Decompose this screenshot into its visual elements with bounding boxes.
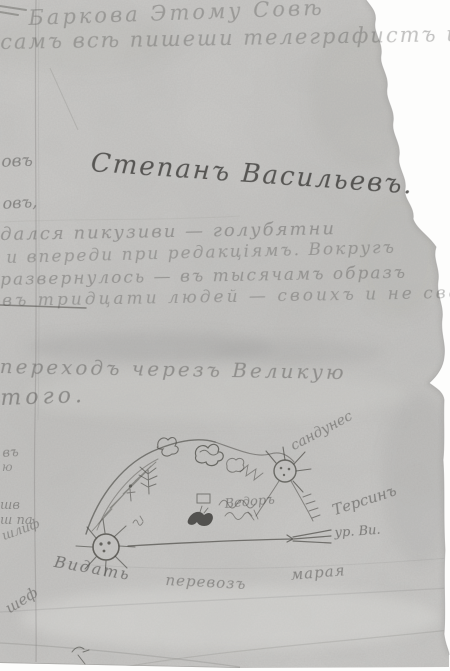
paper-texture xyxy=(0,0,450,671)
manuscript-photo: Баркова Этому Совѣ самъ всѣ пишеши телег… xyxy=(0,0,450,671)
paper-sheet xyxy=(0,0,450,671)
